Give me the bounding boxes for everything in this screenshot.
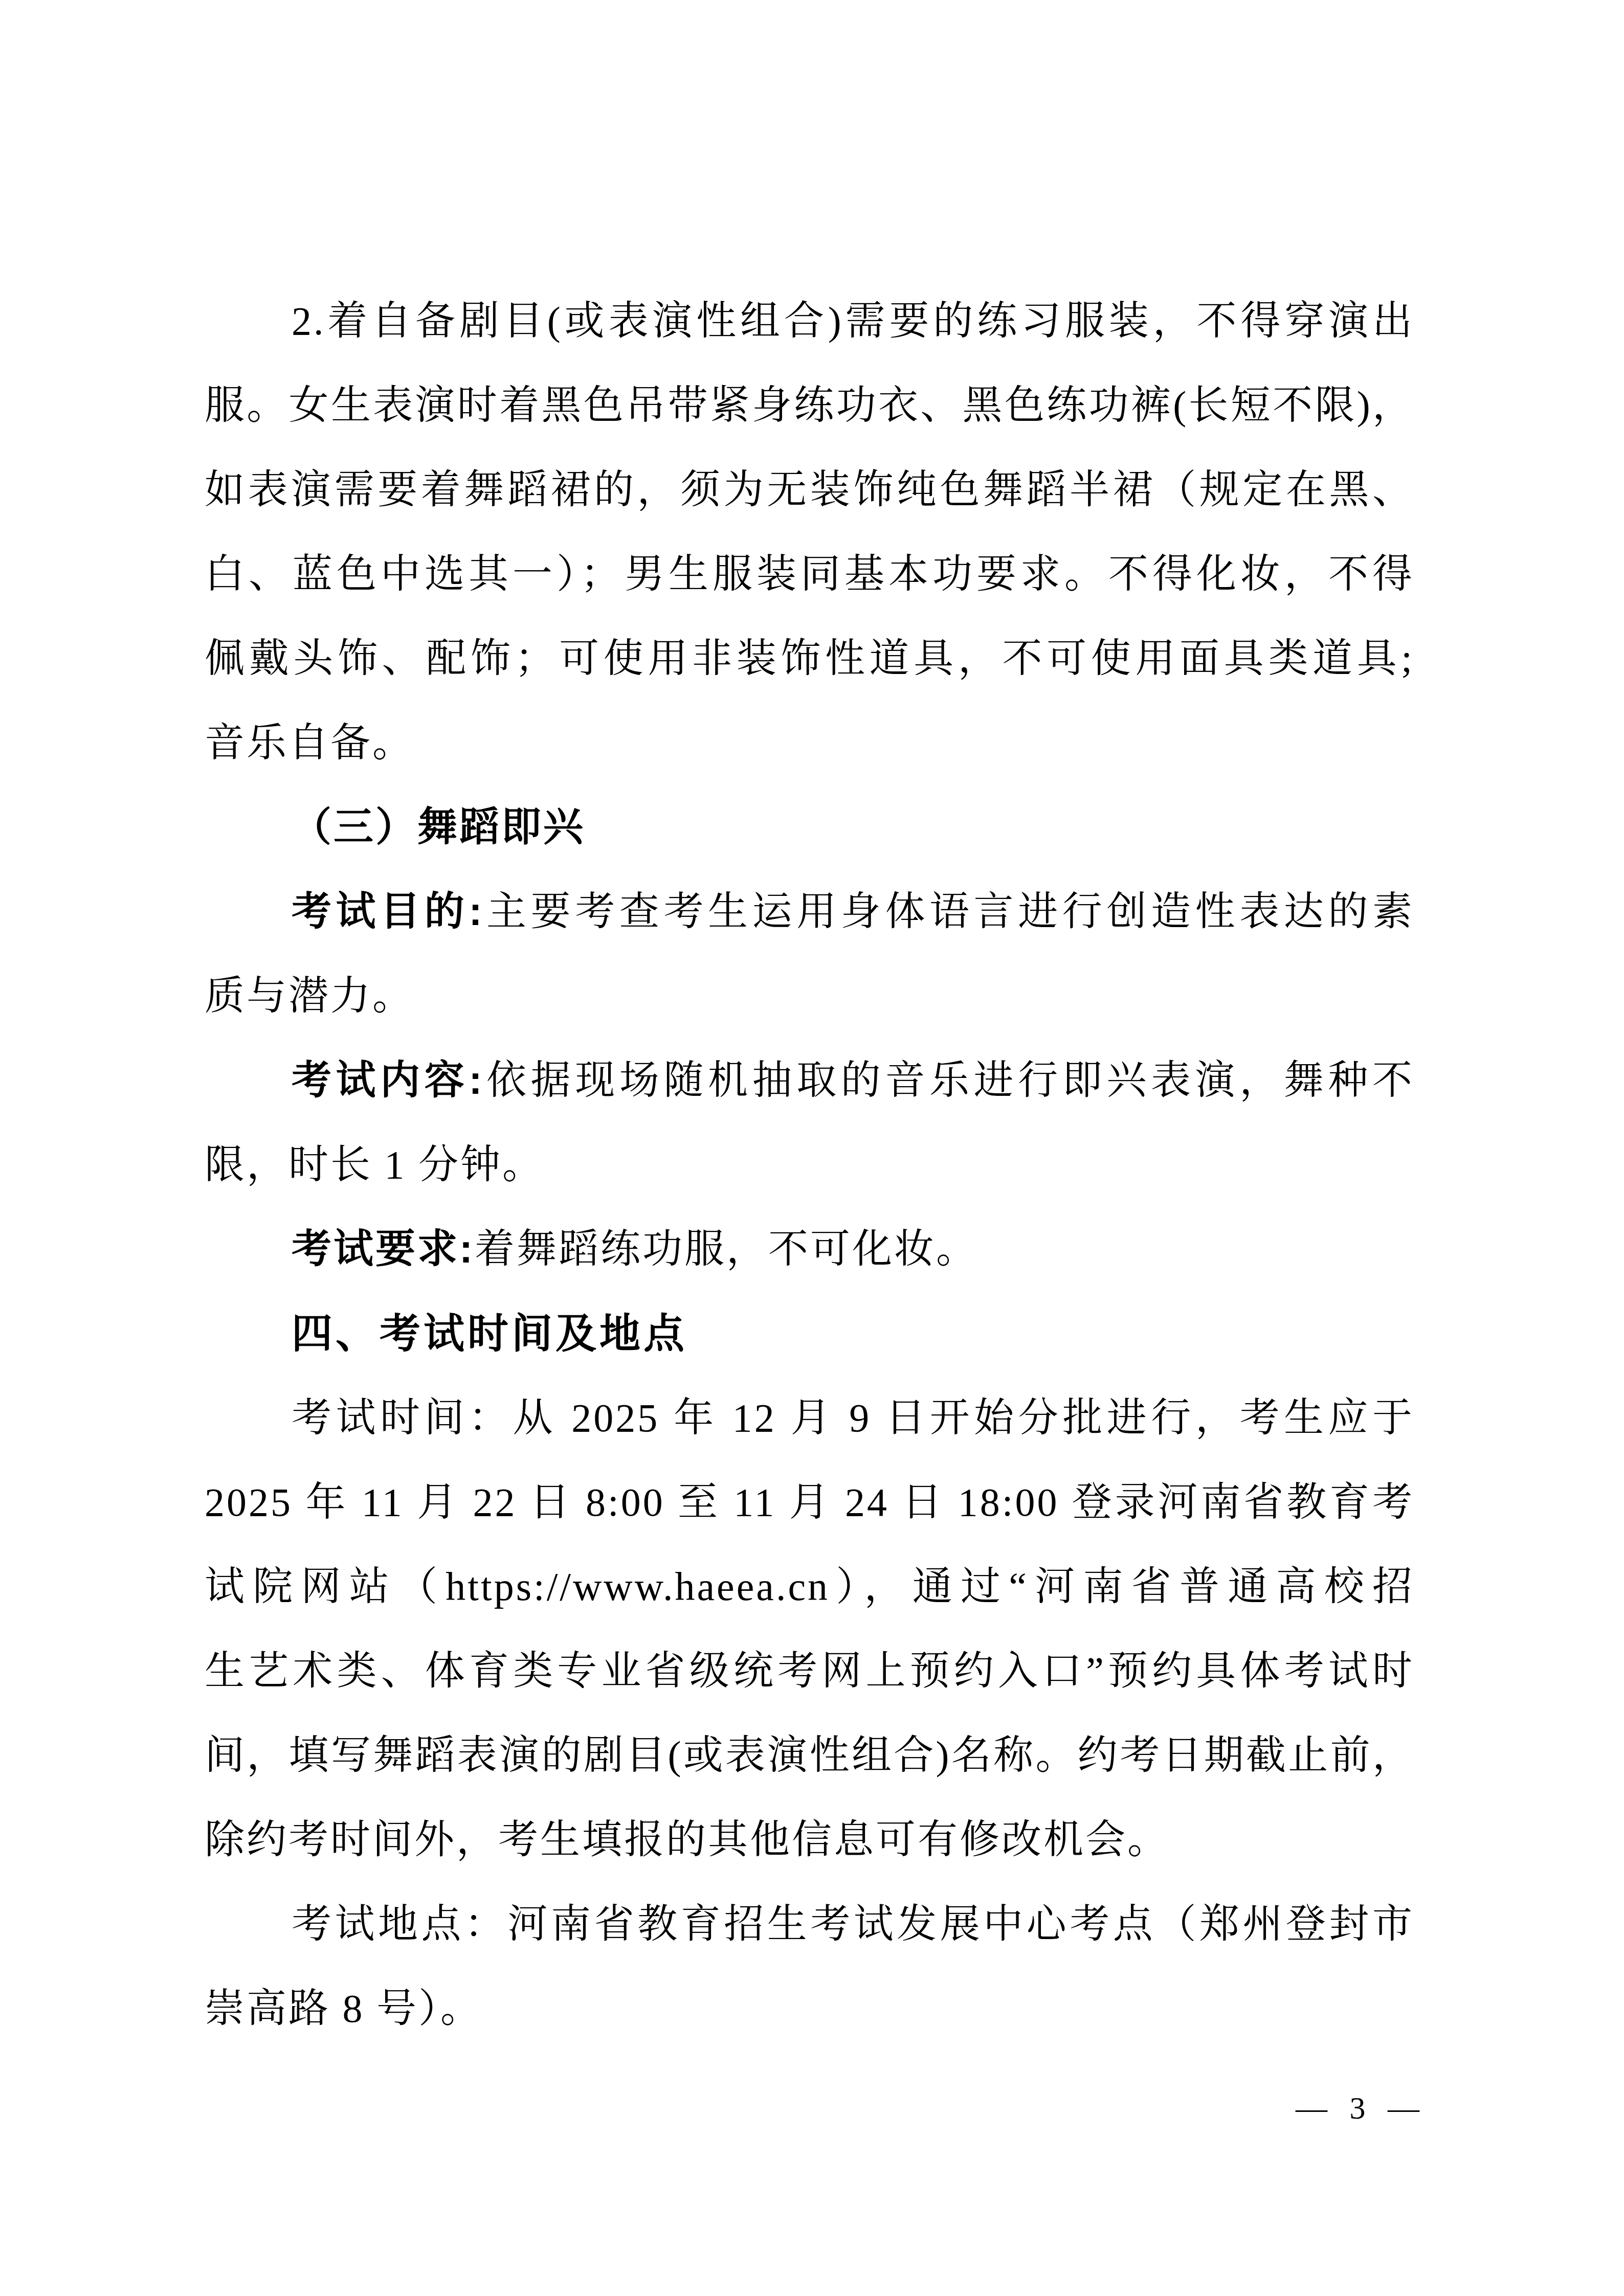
document-line: 限，时长 1 分钟。	[205, 1122, 1414, 1207]
document-line: 试院网站（https://www.haeea.cn），通过“河南省普通高校招	[205, 1544, 1414, 1629]
document-line: 白、蓝色中选其一）；男生服装同基本功要求。不得化妆，不得	[205, 532, 1414, 616]
document-line: 音乐自备。	[205, 701, 1414, 785]
line-text: （三）舞蹈即兴	[292, 805, 585, 849]
bold-field-label: 考试要求:	[292, 1226, 475, 1271]
line-text: 音乐自备。	[205, 721, 414, 765]
line-text: 佩戴头饰、配饰；可使用非装饰性道具，不可使用面具类道具;	[205, 636, 1414, 681]
document-line: 2025 年 11 月 22 日 8:00 至 11 月 24 日 18:00 …	[205, 1460, 1414, 1544]
document-page: 2.着自备剧目(或表演性组合)需要的练习服装，不得穿演出服。女生表演时着黑色吊带…	[0, 0, 1624, 2296]
line-text: 白、蓝色中选其一）；男生服装同基本功要求。不得化妆，不得	[205, 552, 1414, 596]
line-text: 考试地点：河南省教育招生考试发展中心考点（郑州登封市	[292, 1902, 1414, 1946]
document-line: 四、考试时间及地点	[205, 1291, 1414, 1376]
document-line: 考试要求:着舞蹈练功服，不可化妆。	[205, 1207, 1414, 1291]
document-line: 除约考时间外，考生填报的其他信息可有修改机会。	[205, 1797, 1414, 1882]
line-text: 四、考试时间及地点	[292, 1311, 687, 1356]
document-line: 考试内容:依据现场随机抽取的音乐进行即兴表演，舞种不	[205, 1038, 1414, 1122]
page-number: — 3 —	[1296, 2090, 1419, 2127]
document-line: 考试目的:主要考查考生运用身体语言进行创造性表达的素	[205, 869, 1414, 954]
document-line: 2.着自备剧目(或表演性组合)需要的练习服装，不得穿演出	[205, 279, 1414, 363]
document-line: （三）舞蹈即兴	[205, 785, 1414, 869]
line-text: 崇高路 8 号）。	[205, 1986, 482, 2031]
document-line: 间，填写舞蹈表演的剧目(或表演性组合)名称。约考日期截止前，	[205, 1713, 1414, 1797]
document-line: 佩戴头饰、配饰；可使用非装饰性道具，不可使用面具类道具;	[205, 616, 1414, 701]
line-text: 如表演需要着舞蹈裙的，须为无装饰纯色舞蹈半裙（规定在黑、	[205, 467, 1414, 512]
line-text: 2.着自备剧目(或表演性组合)需要的练习服装，不得穿演出	[292, 299, 1414, 343]
line-text: 质与潜力。	[205, 974, 414, 1018]
line-text: 试院网站（https://www.haeea.cn），通过“河南省普通高校招	[205, 1564, 1414, 1609]
line-text: 依据现场随机抽取的音乐进行即兴表演，舞种不	[484, 1058, 1414, 1102]
line-text: 着舞蹈练功服，不可化妆。	[475, 1227, 978, 1271]
line-text: 生艺术类、体育类专业省级统考网上预约入口”预约具体考试时	[205, 1649, 1414, 1693]
line-text: 服。女生表演时着黑色吊带紧身练功衣、黑色练功裤(长短不限)，	[205, 383, 1414, 427]
document-line: 考试时间：从 2025 年 12 月 9 日开始分批进行，考生应于	[205, 1376, 1414, 1460]
text-block: 2.着自备剧目(或表演性组合)需要的练习服装，不得穿演出服。女生表演时着黑色吊带…	[205, 279, 1414, 2051]
line-text: 2025 年 11 月 22 日 8:00 至 11 月 24 日 18:00 …	[205, 1480, 1414, 1524]
bold-field-label: 考试目的:	[292, 889, 484, 934]
document-line: 生艺术类、体育类专业省级统考网上预约入口”预约具体考试时	[205, 1629, 1414, 1713]
line-text: 间，填写舞蹈表演的剧目(或表演性组合)名称。约考日期截止前，	[205, 1733, 1414, 1777]
document-line: 服。女生表演时着黑色吊带紧身练功衣、黑色练功裤(长短不限)，	[205, 363, 1414, 447]
line-text: 限，时长 1 分钟。	[205, 1142, 544, 1187]
bold-field-label: 考试内容:	[292, 1057, 484, 1102]
document-line: 崇高路 8 号）。	[205, 1966, 1414, 2051]
line-text: 除约考时间外，考生填报的其他信息可有修改机会。	[205, 1817, 1169, 1862]
line-text: 主要考查考生运用身体语言进行创造性表达的素	[484, 889, 1414, 934]
line-text: 考试时间：从 2025 年 12 月 9 日开始分批进行，考生应于	[292, 1395, 1414, 1440]
document-line: 质与潜力。	[205, 954, 1414, 1038]
document-line: 如表演需要着舞蹈裙的，须为无装饰纯色舞蹈半裙（规定在黑、	[205, 447, 1414, 532]
document-line: 考试地点：河南省教育招生考试发展中心考点（郑州登封市	[205, 1882, 1414, 1966]
